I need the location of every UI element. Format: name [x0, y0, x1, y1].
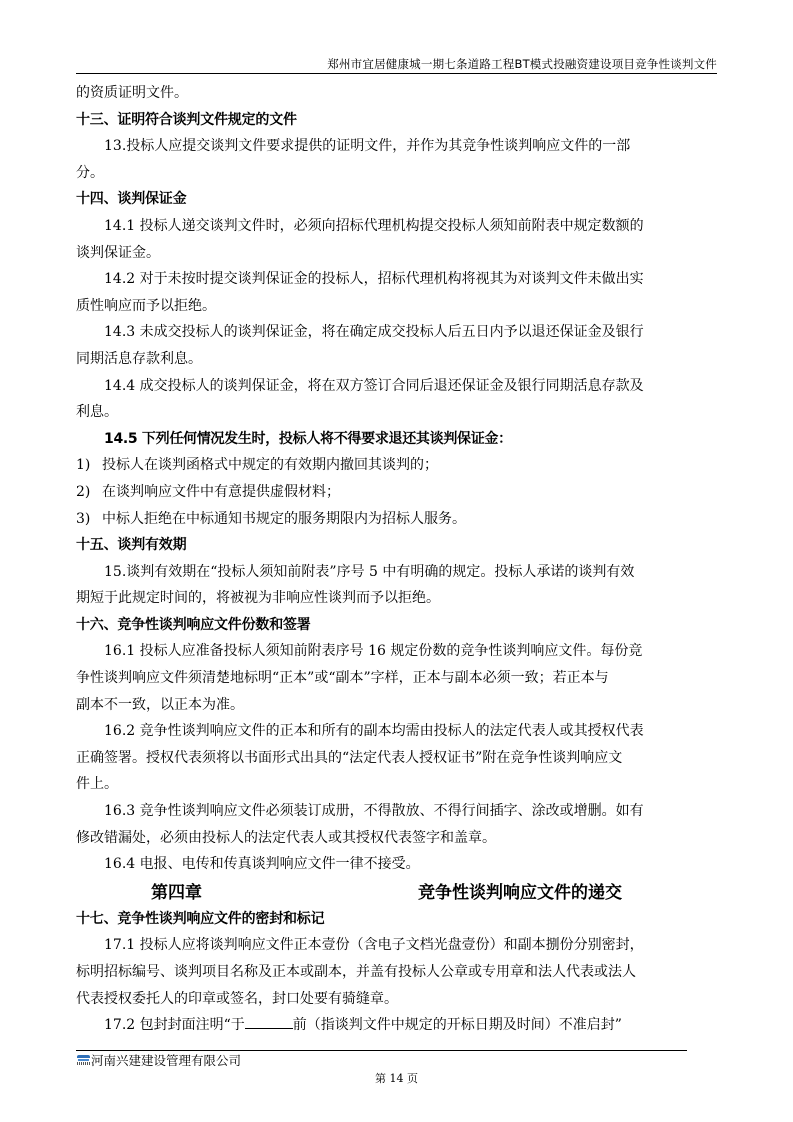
list-text: 在谈判响应文件中有意提供虚假材料；	[102, 484, 340, 500]
list-number: 3)	[76, 506, 102, 533]
text-before-blank: 17.2 包封封面注明“于	[104, 1017, 245, 1033]
footer-company: 河南兴建建设管理有限公司	[77, 1051, 241, 1069]
paragraph-line: 14.2 对于未按时提交谈判保证金的投标人，招标代理机构将视其为对谈判文件未做出…	[76, 266, 719, 293]
bold-clause-14-5: 14.5 下列任何情况发生时，投标人将不得要求退还其谈判保证金：	[76, 426, 719, 453]
header-rule	[76, 73, 717, 74]
paragraph-line: 16.2 竞争性谈判响应文件的正本和所有的副本均需由投标人的法定代表人或其授权代…	[76, 718, 719, 745]
list-number: 2)	[76, 479, 102, 506]
section-heading-16: 十六、竞争性谈判响应文件份数和签署	[76, 612, 719, 639]
paragraph-line: 利息。	[76, 399, 719, 426]
section-heading-13: 十三、证明符合谈判文件规定的文件	[76, 107, 719, 134]
paragraph-line: 13.投标人应提交谈判文件要求提供的证明文件，并作为其竞争性谈判响应文件的一部	[76, 133, 719, 160]
section-heading-14: 十四、谈判保证金	[76, 186, 719, 213]
paragraph-line-17-2: 17.2 包封封面注明“于前（指谈判文件中规定的开标日期及时间）不准启封”	[76, 1012, 719, 1039]
document-page: 郑州市宜居健康城一期七条道路工程BT模式投融资建设项目竞争性谈判文件 的资质证明…	[0, 0, 793, 1122]
continuation-text: 的资质证明文件。	[76, 80, 719, 107]
paragraph-line: 谈判保证金。	[76, 240, 719, 267]
paragraph-line: 件上。	[76, 771, 719, 798]
paragraph-line: 14.4 成交投标人的谈判保证金，将在双方签订合同后退还保证金及银行同期活息存款…	[76, 373, 719, 400]
running-header: 郑州市宜居健康城一期七条道路工程BT模式投融资建设项目竞争性谈判文件	[327, 56, 717, 72]
document-body: 的资质证明文件。 十三、证明符合谈判文件规定的文件 13.投标人应提交谈判文件要…	[76, 80, 719, 1039]
paragraph-line: 代表授权委托人的印章或签名，封口处要有骑缝章。	[76, 986, 719, 1013]
company-logo-icon	[77, 1054, 90, 1066]
section-heading-17: 十七、竞争性谈判响应文件的密封和标记	[76, 906, 719, 933]
paragraph-line: 修改错漏处，必须由投标人的法定代表人或其授权代表签字和盖章。	[76, 825, 719, 852]
chapter-title: 竞争性谈判响应文件的递交	[418, 880, 622, 907]
list-item: 2)在谈判响应文件中有意提供虚假材料；	[76, 479, 719, 506]
paragraph-line: 16.3 竞争性谈判响应文件必须装订成册，不得散放、不得行间插字、涂改或增删。如…	[76, 798, 719, 825]
paragraph-line: 副本不一致，以正本为准。	[76, 692, 719, 719]
chapter-title-row: 第四章 竞争性谈判响应文件的递交	[76, 878, 719, 906]
paragraph-line: 同期活息存款利息。	[76, 346, 719, 373]
paragraph-line: 16.4 电报、电传和传真谈判响应文件一律不接受。	[76, 851, 719, 878]
text-after-blank: 前（指谈判文件中规定的开标日期及时间）不准启封”	[293, 1017, 622, 1033]
paragraph-line: 14.1 投标人递交谈判文件时，必须向招标代理机构提交投标人须知前附表中规定数额…	[76, 213, 719, 240]
list-text: 中标人拒绝在中标通知书规定的服务期限内为招标人服务。	[102, 511, 466, 527]
list-item: 3)中标人拒绝在中标通知书规定的服务期限内为招标人服务。	[76, 506, 719, 533]
page-number: 第 14 页	[0, 1070, 793, 1086]
paragraph-line: 期短于此规定时间的，将被视为非响应性谈判而予以拒绝。	[76, 585, 719, 612]
paragraph-line: 16.1 投标人应准备投标人须知前附表序号 16 规定份数的竞争性谈判响应文件。…	[76, 638, 719, 665]
paragraph-line: 15.谈判有效期在“投标人须知前附表”序号 5 中有明确的规定。投标人承诺的谈判…	[76, 559, 719, 586]
paragraph-line: 14.3 未成交投标人的谈判保证金，将在确定成交投标人后五日内予以退还保证金及银…	[76, 319, 719, 346]
chapter-number: 第四章	[151, 880, 202, 907]
list-number: 1)	[76, 452, 102, 479]
paragraph-line: 分。	[76, 160, 719, 187]
paragraph-line: 17.1 投标人应将谈判响应文件正本壹份（含电子文档光盘壹份）和副本捌份分别密封…	[76, 932, 719, 959]
section-heading-15: 十五、谈判有效期	[76, 532, 719, 559]
paragraph-line: 争性谈判响应文件须清楚地标明“正本”或“副本”字样，正本与副本必须一致；若正本与	[76, 665, 719, 692]
paragraph-line: 正确签署。授权代表须将以书面形式出具的“法定代表人授权证书”附在竞争性谈判响应文	[76, 745, 719, 772]
paragraph-line: 标明招标编号、谈判项目名称及正本或副本，并盖有投标人公章或专用章和法人代表或法人	[76, 959, 719, 986]
list-item: 1)投标人在谈判函格式中规定的有效期内撤回其谈判的；	[76, 452, 719, 479]
company-name: 河南兴建建设管理有限公司	[91, 1051, 241, 1069]
date-blank-underline	[245, 1013, 293, 1029]
paragraph-line: 质性响应而予以拒绝。	[76, 293, 719, 320]
list-text: 投标人在谈判函格式中规定的有效期内撤回其谈判的；	[102, 457, 438, 473]
